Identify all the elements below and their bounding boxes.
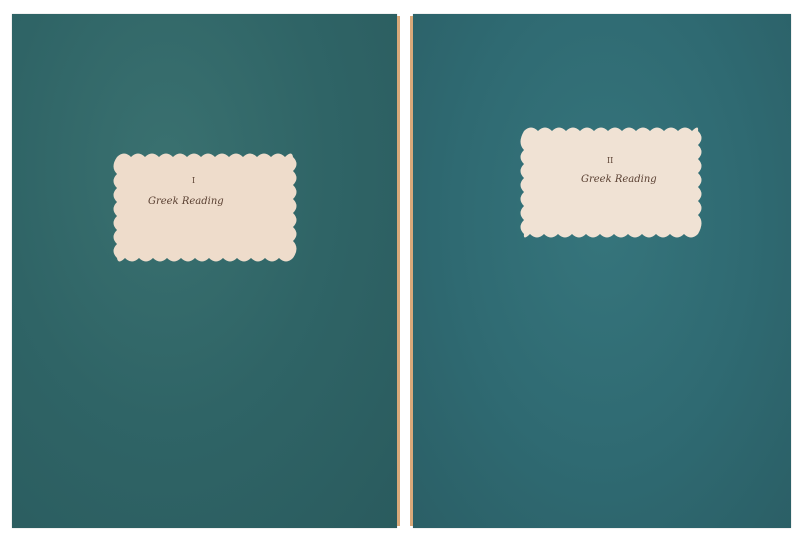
cover-label: I Greek Reading: [110, 150, 300, 265]
label-title: Greek Reading: [148, 196, 224, 207]
notebook-2: II Greek Reading: [413, 14, 791, 528]
label-title: Greek Reading: [581, 174, 657, 185]
notebook-cover: [413, 14, 791, 528]
scalloped-border-icon: [110, 150, 300, 265]
label-number: I: [192, 176, 195, 185]
notebook-cover: [12, 14, 397, 528]
cover-label: II Greek Reading: [517, 124, 705, 241]
label-number: II: [607, 156, 613, 165]
notebook-1: I Greek Reading: [12, 14, 397, 528]
